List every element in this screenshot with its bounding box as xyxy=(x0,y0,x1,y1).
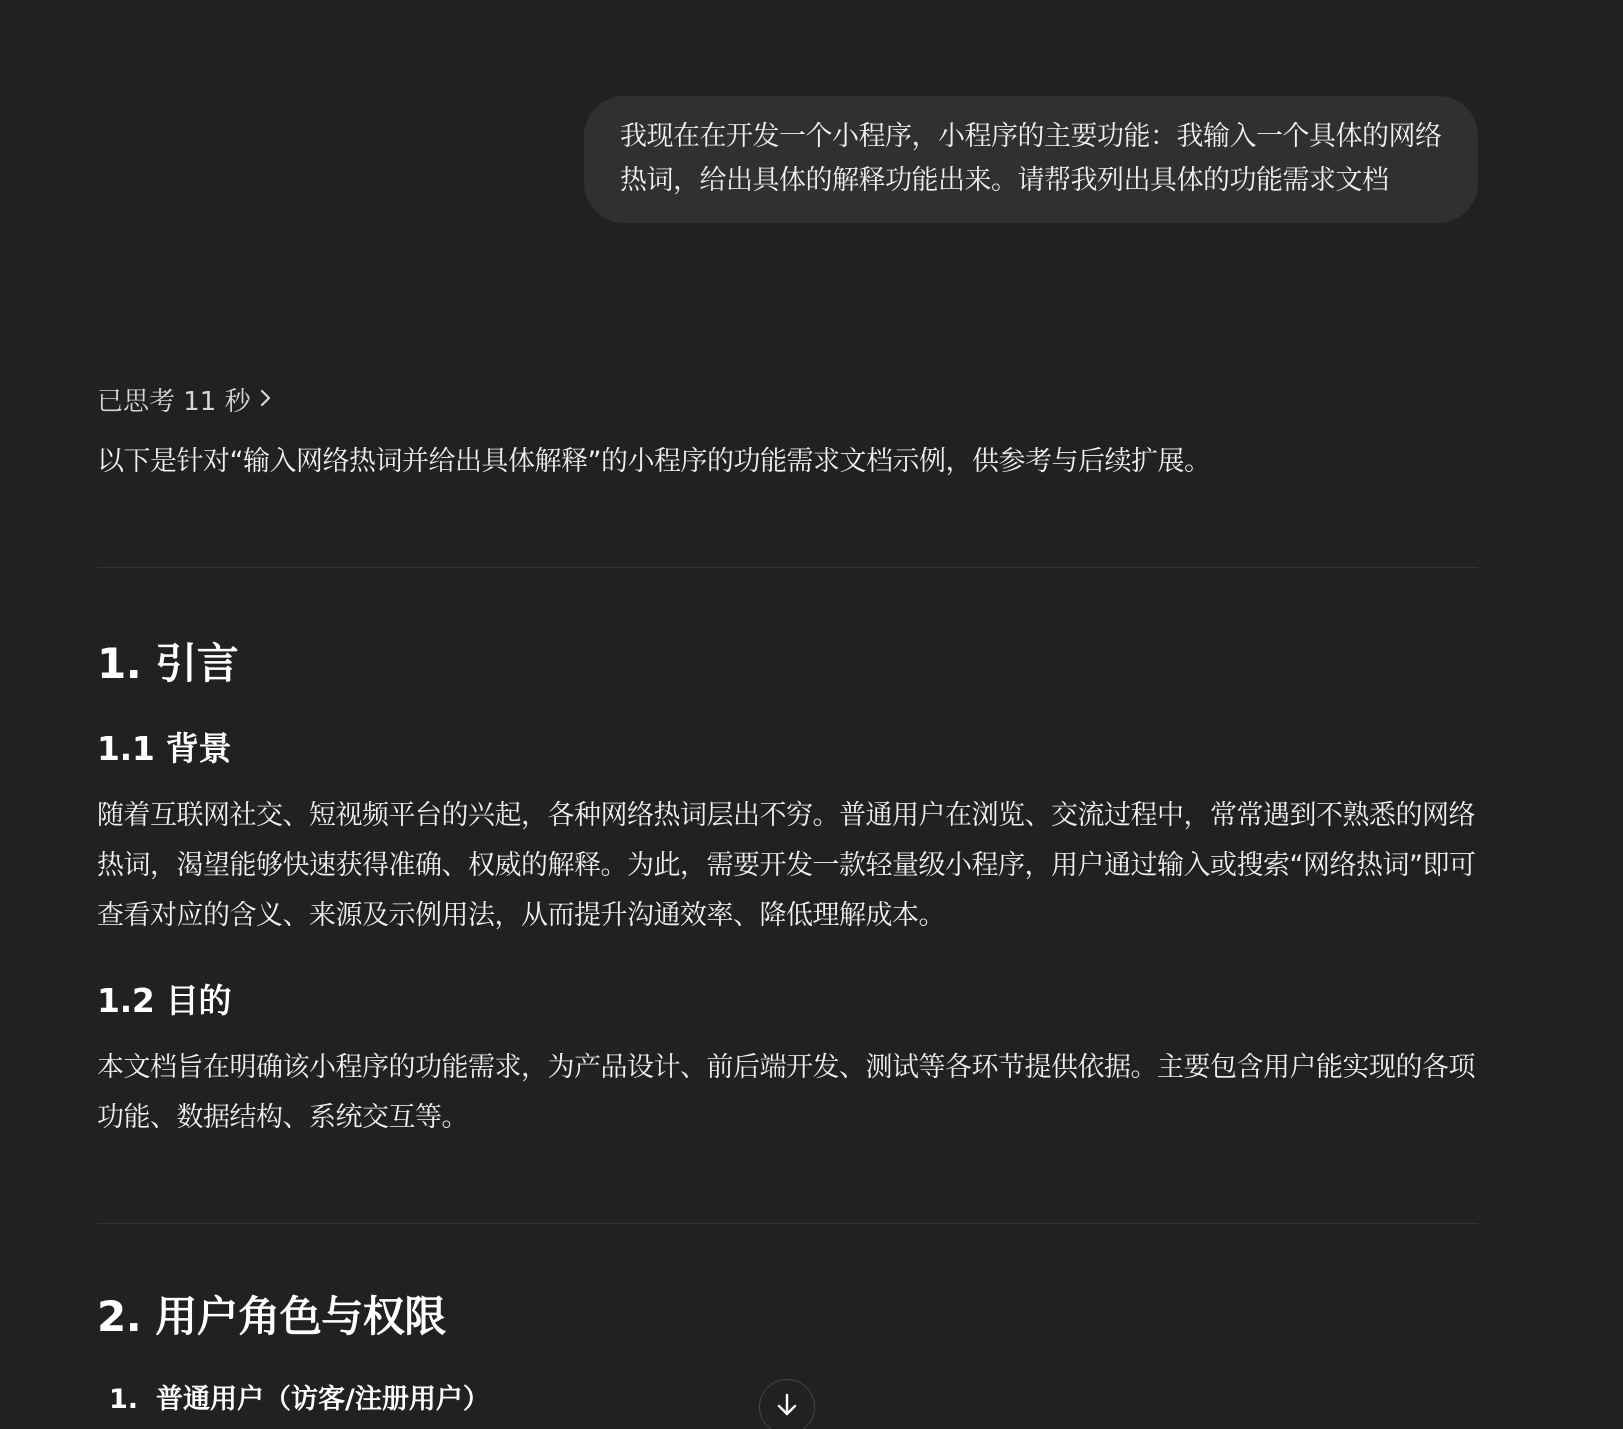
scroll-to-bottom-button[interactable] xyxy=(759,1379,815,1429)
thought-label: 已思考 11 秒 xyxy=(97,378,251,426)
thought-toggle[interactable]: 已思考 11 秒 xyxy=(97,378,273,426)
user-message-row: 我现在在开发一个小程序，小程序的主要功能：我输入一个具体的网络热词，给出具体的解… xyxy=(97,96,1478,223)
list-item: 1. 普通用户（访客/注册用户） xyxy=(109,1378,490,1422)
chevron-right-icon xyxy=(259,377,273,425)
paragraph-purpose: 本文档旨在明确该小程序的功能需求，为产品设计、前后端开发、测试等各环节提供依据。… xyxy=(97,1043,1478,1143)
user-message-bubble: 我现在在开发一个小程序，小程序的主要功能：我输入一个具体的网络热词，给出具体的解… xyxy=(584,96,1478,223)
heading-user-roles: 2. 用户角色与权限 xyxy=(97,1289,446,1345)
section-divider xyxy=(97,1223,1478,1224)
list-item-label: 普通用户（访客/注册用户） xyxy=(156,1378,490,1422)
heading-purpose: 1.2 目的 xyxy=(97,978,231,1024)
heading-introduction: 1. 引言 xyxy=(97,636,238,692)
list-item-number: 1. xyxy=(109,1378,138,1422)
section-divider xyxy=(97,567,1478,568)
assistant-intro: 以下是针对“输入网络热词并给出具体解释”的小程序的功能需求文档示例，供参考与后续… xyxy=(97,437,1478,487)
assistant-message: 已思考 11 秒 以下是针对“输入网络热词并给出具体解释”的小程序的功能需求文档… xyxy=(97,378,1478,487)
user-message-text: 我现在在开发一个小程序，小程序的主要功能：我输入一个具体的网络热词，给出具体的解… xyxy=(620,121,1442,196)
paragraph-background: 随着互联网社交、短视频平台的兴起，各种网络热词层出不穷。普通用户在浏览、交流过程… xyxy=(97,791,1478,941)
heading-background: 1.1 背景 xyxy=(97,726,231,772)
arrow-down-icon xyxy=(774,1392,800,1422)
